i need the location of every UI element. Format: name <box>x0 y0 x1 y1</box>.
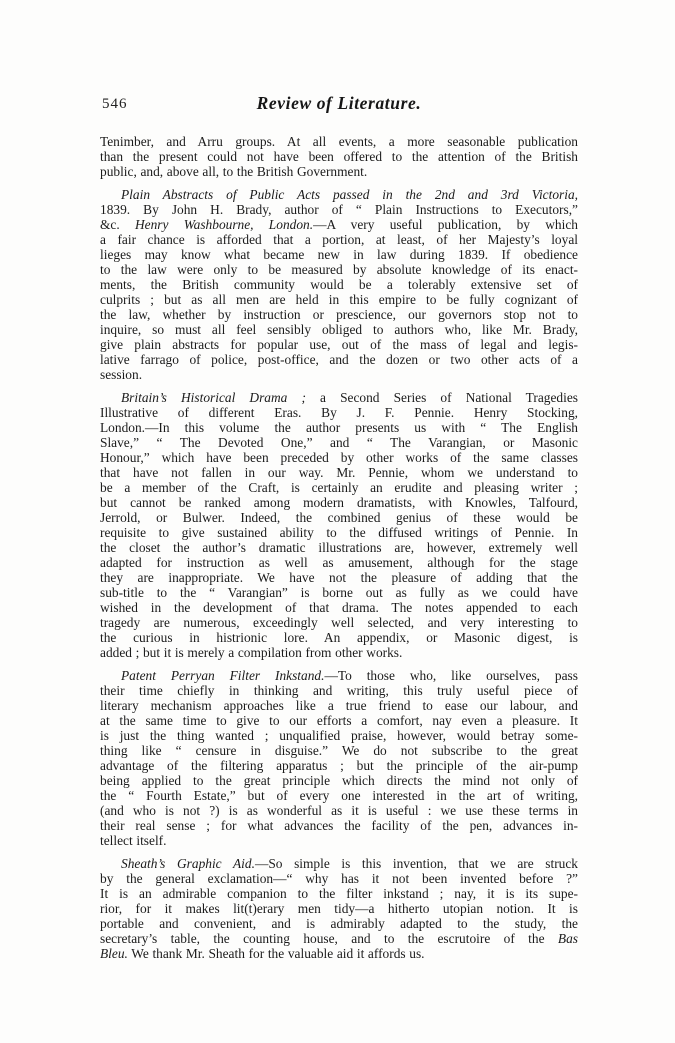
text-run: secretary’s table, the counting house, a… <box>100 931 558 946</box>
text-line: public, and, above all, to the British G… <box>100 164 578 179</box>
text-line: the curious in histrionic lore. An appen… <box>100 630 578 645</box>
paragraph: Sheath’s Graphic Aid.—So simple is this … <box>100 856 578 961</box>
text-run: that have not fallen in our way. Mr. Pen… <box>100 465 578 480</box>
page-body: Tenimber, and Arru groups. At all events… <box>100 134 578 961</box>
paragraph: Britain’s Historical Drama ; a Second Se… <box>100 390 578 660</box>
text-line: tellect itself. <box>100 833 578 848</box>
text-line: inquire, so must all feel sensibly oblig… <box>100 322 578 337</box>
text-line: London.—In this volume the author presen… <box>100 420 578 435</box>
text-line: their time chiefly in thinking and writi… <box>100 683 578 698</box>
italic-text-run: Henry Washbourne, London. <box>135 217 313 232</box>
text-line: portable and convenient, and is admirabl… <box>100 916 578 931</box>
text-run: a Second Series of National Tragedies <box>306 390 578 405</box>
text-line: by the general exclamation—“ why has it … <box>100 871 578 886</box>
text-run: portable and convenient, and is admirabl… <box>100 916 578 931</box>
running-title: Review of Literature. <box>100 93 578 114</box>
text-run: sub-title to the “ Varangian” is borne o… <box>100 585 578 600</box>
text-run: Honour,” which have been preceded by oth… <box>100 450 578 465</box>
text-run: than the present could not have been off… <box>100 149 578 164</box>
text-run: be a member of the Craft, is certainly a… <box>100 480 578 495</box>
text-line: Sheath’s Graphic Aid.—So simple is this … <box>100 856 578 871</box>
text-run: Slave,” “ The Devoted One,” and “ The Va… <box>100 435 578 450</box>
text-run: at the same time to give to our efforts … <box>100 713 578 728</box>
text-line: secretary’s table, the counting house, a… <box>100 931 578 946</box>
text-line: Illustrative of different Eras. By J. F.… <box>100 405 578 420</box>
text-line: added ; but it is merely a compilation f… <box>100 645 578 660</box>
text-line: Patent Perryan Filter Inkstand.—To those… <box>100 668 578 683</box>
paragraph: Patent Perryan Filter Inkstand.—To those… <box>100 668 578 848</box>
text-line: &c. Henry Washbourne, London.—A very use… <box>100 217 578 232</box>
text-line: lieges may know what became new in law d… <box>100 247 578 262</box>
text-run: the “ Fourth Estate,” but of every one i… <box>100 788 578 803</box>
text-run: being applied to the great principle whi… <box>100 773 578 788</box>
text-line: than the present could not have been off… <box>100 149 578 164</box>
scanned-page: 546 Review of Literature. Tenimber, and … <box>0 0 675 1043</box>
text-run: they are inappropriate. We have not the … <box>100 570 578 585</box>
text-line: is just the thing wanted ; unqualified p… <box>100 728 578 743</box>
text-run: by the general exclamation—“ why has it … <box>100 871 578 886</box>
text-line: Honour,” which have been preceded by oth… <box>100 450 578 465</box>
italic-text-run: Bas <box>558 931 578 946</box>
text-line: the “ Fourth Estate,” but of every one i… <box>100 788 578 803</box>
text-run: added ; but it is merely a compilation f… <box>100 645 402 660</box>
text-run: the curious in histrionic lore. An appen… <box>100 630 578 645</box>
text-run: rior, for it makes lit(t)erary men tidy—… <box>100 901 578 916</box>
text-run: is just the thing wanted ; unqualified p… <box>100 728 578 743</box>
text-line: to the law were only to be measured by a… <box>100 262 578 277</box>
text-line: Plain Abstracts of Public Acts passed in… <box>100 187 578 202</box>
italic-text-run: Bleu. <box>100 946 128 961</box>
text-run: —So simple is this invention, that we ar… <box>255 856 578 871</box>
italic-text-run: Plain Abstracts of Public Acts passed in… <box>121 187 578 202</box>
text-line: adapted for instruction as well as amuse… <box>100 555 578 570</box>
text-line: Jerrold, or Bulwer. Indeed, the combined… <box>100 510 578 525</box>
text-line: culprits ; but as all men are held in th… <box>100 292 578 307</box>
text-run: Jerrold, or Bulwer. Indeed, the combined… <box>100 510 578 525</box>
text-run: give plain abstracts for popular use, ou… <box>100 337 578 352</box>
text-line: sub-title to the “ Varangian” is borne o… <box>100 585 578 600</box>
text-run: culprits ; but as all men are held in th… <box>100 292 578 307</box>
text-run: lieges may know what became new in law d… <box>100 247 578 262</box>
text-run: adapted for instruction as well as amuse… <box>100 555 578 570</box>
text-line: Slave,” “ The Devoted One,” and “ The Va… <box>100 435 578 450</box>
text-run: tellect itself. <box>100 833 166 848</box>
text-line: requisite to give sustained ability to t… <box>100 525 578 540</box>
text-run: &c. <box>100 217 135 232</box>
text-run: public, and, above all, to the British G… <box>100 164 367 179</box>
text-line: lative farrago of police, post-office, a… <box>100 352 578 367</box>
text-run: requisite to give sustained ability to t… <box>100 525 578 540</box>
italic-text-run: Sheath’s Graphic Aid. <box>121 856 255 871</box>
text-run: 1839. By John H. Brady, author of “ Plai… <box>100 202 578 217</box>
text-line: the closet the author’s dramatic illustr… <box>100 540 578 555</box>
text-run: —To those who, like ourselves, pass <box>324 668 578 683</box>
text-line: the law, whether by instruction or presc… <box>100 307 578 322</box>
text-line: that have not fallen in our way. Mr. Pen… <box>100 465 578 480</box>
text-run: session. <box>100 367 142 382</box>
text-run: advantage of the filtering apparatus ; b… <box>100 758 578 773</box>
text-run: London.—In this volume the author presen… <box>100 420 578 435</box>
text-run: the law, whether by instruction or presc… <box>100 307 578 322</box>
text-line: a fair chance is afforded that a portion… <box>100 232 578 247</box>
text-run: (and who is not ?) is as wonderful as it… <box>100 803 578 818</box>
text-run: their time chiefly in thinking and writi… <box>100 683 578 698</box>
page-header: 546 Review of Literature. <box>100 93 578 115</box>
text-line: (and who is not ?) is as wonderful as it… <box>100 803 578 818</box>
text-line: literary mechanism approaches like a tru… <box>100 698 578 713</box>
text-run: tragedy are numerous, exceedingly well s… <box>100 615 578 630</box>
text-line: but cannot be ranked among modern dramat… <box>100 495 578 510</box>
text-line: Britain’s Historical Drama ; a Second Se… <box>100 390 578 405</box>
text-run: lative farrago of police, post-office, a… <box>100 352 578 367</box>
text-line: their real sense ; for what advances the… <box>100 818 578 833</box>
text-line: at the same time to give to our efforts … <box>100 713 578 728</box>
text-run: wished in the development of that drama.… <box>100 600 578 615</box>
italic-text-run: Patent Perryan Filter Inkstand. <box>121 668 324 683</box>
text-run: Tenimber, and Arru groups. At all events… <box>100 134 578 149</box>
text-line: give plain abstracts for popular use, ou… <box>100 337 578 352</box>
page-number: 546 <box>102 96 128 113</box>
text-run: We thank Mr. Sheath for the valuable aid… <box>128 946 425 961</box>
text-line: being applied to the great principle whi… <box>100 773 578 788</box>
text-run: a fair chance is afforded that a portion… <box>100 232 578 247</box>
text-run: thing like “ censure in disguise.” We do… <box>100 743 578 758</box>
text-line: wished in the development of that drama.… <box>100 600 578 615</box>
text-line: Bleu. We thank Mr. Sheath for the valuab… <box>100 946 578 961</box>
text-line: be a member of the Craft, is certainly a… <box>100 480 578 495</box>
text-line: rior, for it makes lit(t)erary men tidy—… <box>100 901 578 916</box>
text-line: advantage of the filtering apparatus ; b… <box>100 758 578 773</box>
text-run: ments, the British community would be a … <box>100 277 578 292</box>
text-line: It is an admirable companion to the filt… <box>100 886 578 901</box>
text-run: inquire, so must all feel sensibly oblig… <box>100 322 578 337</box>
text-run: It is an admirable companion to the filt… <box>100 886 578 901</box>
italic-text-run: Britain’s Historical Drama ; <box>121 390 306 405</box>
text-run: to the law were only to be measured by a… <box>100 262 578 277</box>
text-line: 1839. By John H. Brady, author of “ Plai… <box>100 202 578 217</box>
text-line: thing like “ censure in disguise.” We do… <box>100 743 578 758</box>
text-line: tragedy are numerous, exceedingly well s… <box>100 615 578 630</box>
text-line: session. <box>100 367 578 382</box>
paragraph: Plain Abstracts of Public Acts passed in… <box>100 187 578 382</box>
text-line: they are inappropriate. We have not the … <box>100 570 578 585</box>
paragraph: Tenimber, and Arru groups. At all events… <box>100 134 578 179</box>
text-line: Tenimber, and Arru groups. At all events… <box>100 134 578 149</box>
text-run: their real sense ; for what advances the… <box>100 818 578 833</box>
text-run: —A very useful publication, by which <box>313 217 578 232</box>
text-run: but cannot be ranked among modern dramat… <box>100 495 578 510</box>
text-run: literary mechanism approaches like a tru… <box>100 698 578 713</box>
text-run: Illustrative of different Eras. By J. F.… <box>100 405 578 420</box>
text-run: the closet the author’s dramatic illustr… <box>100 540 578 555</box>
text-line: ments, the British community would be a … <box>100 277 578 292</box>
